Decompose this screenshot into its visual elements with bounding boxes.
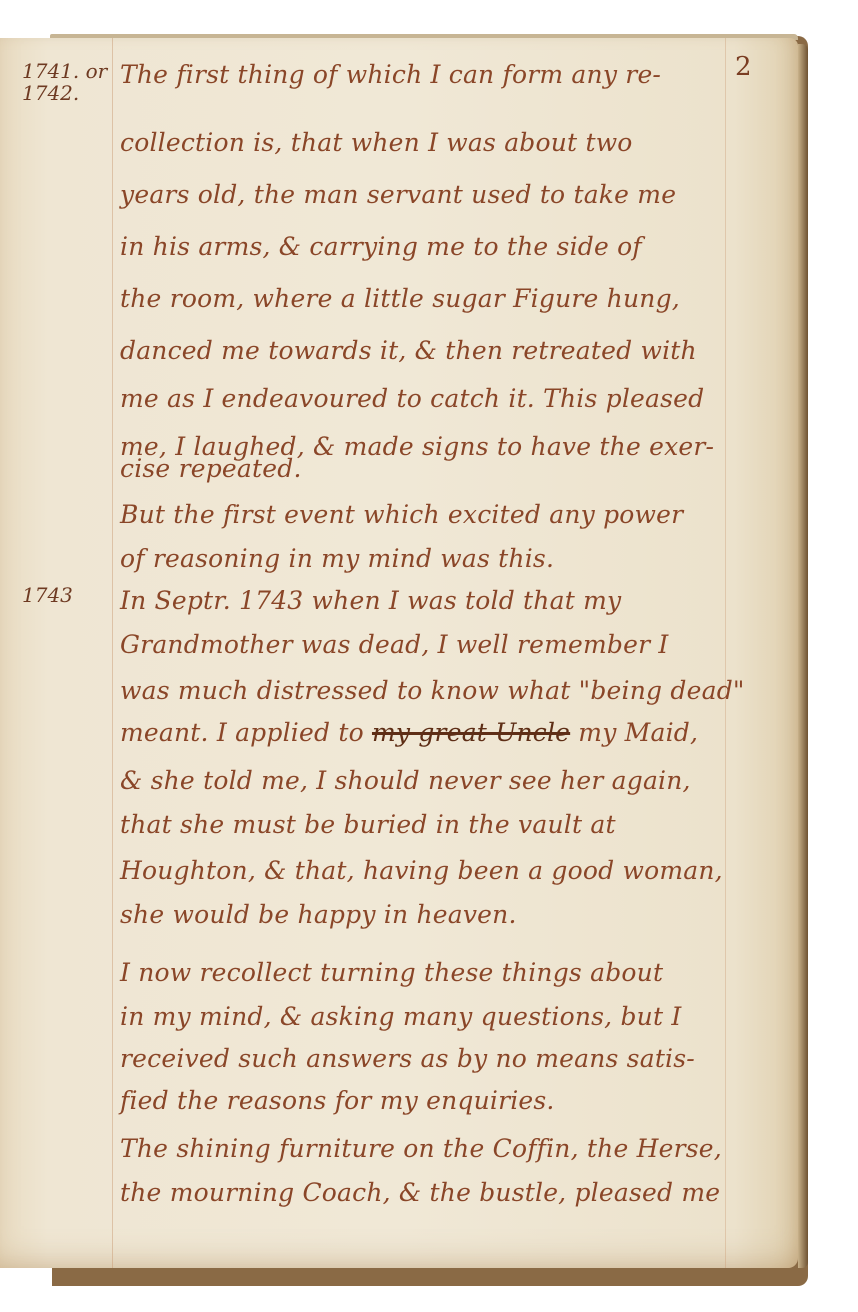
manuscript-line: me as I endeavoured to catch it. This pl… [120,384,750,414]
manuscript-line: & she told me, I should never see her ag… [120,766,750,796]
margin-date-1743: 1743 [22,584,73,606]
manuscript-line: Grandmother was dead, I well remember I [120,630,750,660]
page-right-edge [798,44,808,1268]
manuscript-line: In Septr. 1743 when I was told that my [120,586,750,616]
manuscript-line: The first thing of which I can form any … [120,60,750,90]
manuscript-line: Houghton, & that, having been a good wom… [120,856,750,886]
manuscript-line: in his arms, & carrying me to the side o… [120,232,750,262]
manuscript-line: fied the reasons for my enquiries. [120,1086,750,1116]
manuscript-line: cise repeated. [120,454,750,484]
manuscript-line: the room, where a little sugar Figure hu… [120,284,750,314]
manuscript-line: received such answers as by no means sat… [120,1044,750,1074]
manuscript-line: collection is, that when I was about two [120,128,750,158]
manuscript-line: years old, the man servant used to take … [120,180,750,210]
line-text: meant. I applied to [120,718,372,747]
manuscript-line: was much distressed to know what "being … [120,676,750,706]
manuscript-line: of reasoning in my mind was this. [120,544,750,574]
struck-through-text: my great Uncle [372,718,570,747]
manuscript-line: in my mind, & asking many questions, but… [120,1002,750,1032]
manuscript-line: The shining furniture on the Coffin, the… [120,1134,750,1164]
manuscript-line: I now recollect turning these things abo… [120,958,750,988]
manuscript-line: she would be happy in heaven. [120,900,750,930]
manuscript-line: But the first event which excited any po… [120,500,750,530]
margin-date-1741-1742: 1741. or 1742. [22,60,107,104]
manuscript-line: the mourning Coach, & the bustle, please… [120,1178,750,1208]
manuscript-line: danced me towards it, & then retreated w… [120,336,750,366]
line-text: my Maid, [570,718,698,747]
manuscript-line: that she must be buried in the vault at [120,810,750,840]
left-margin-rule [112,38,113,1268]
manuscript-line-with-deletion: meant. I applied to my great Uncle my Ma… [120,718,750,748]
